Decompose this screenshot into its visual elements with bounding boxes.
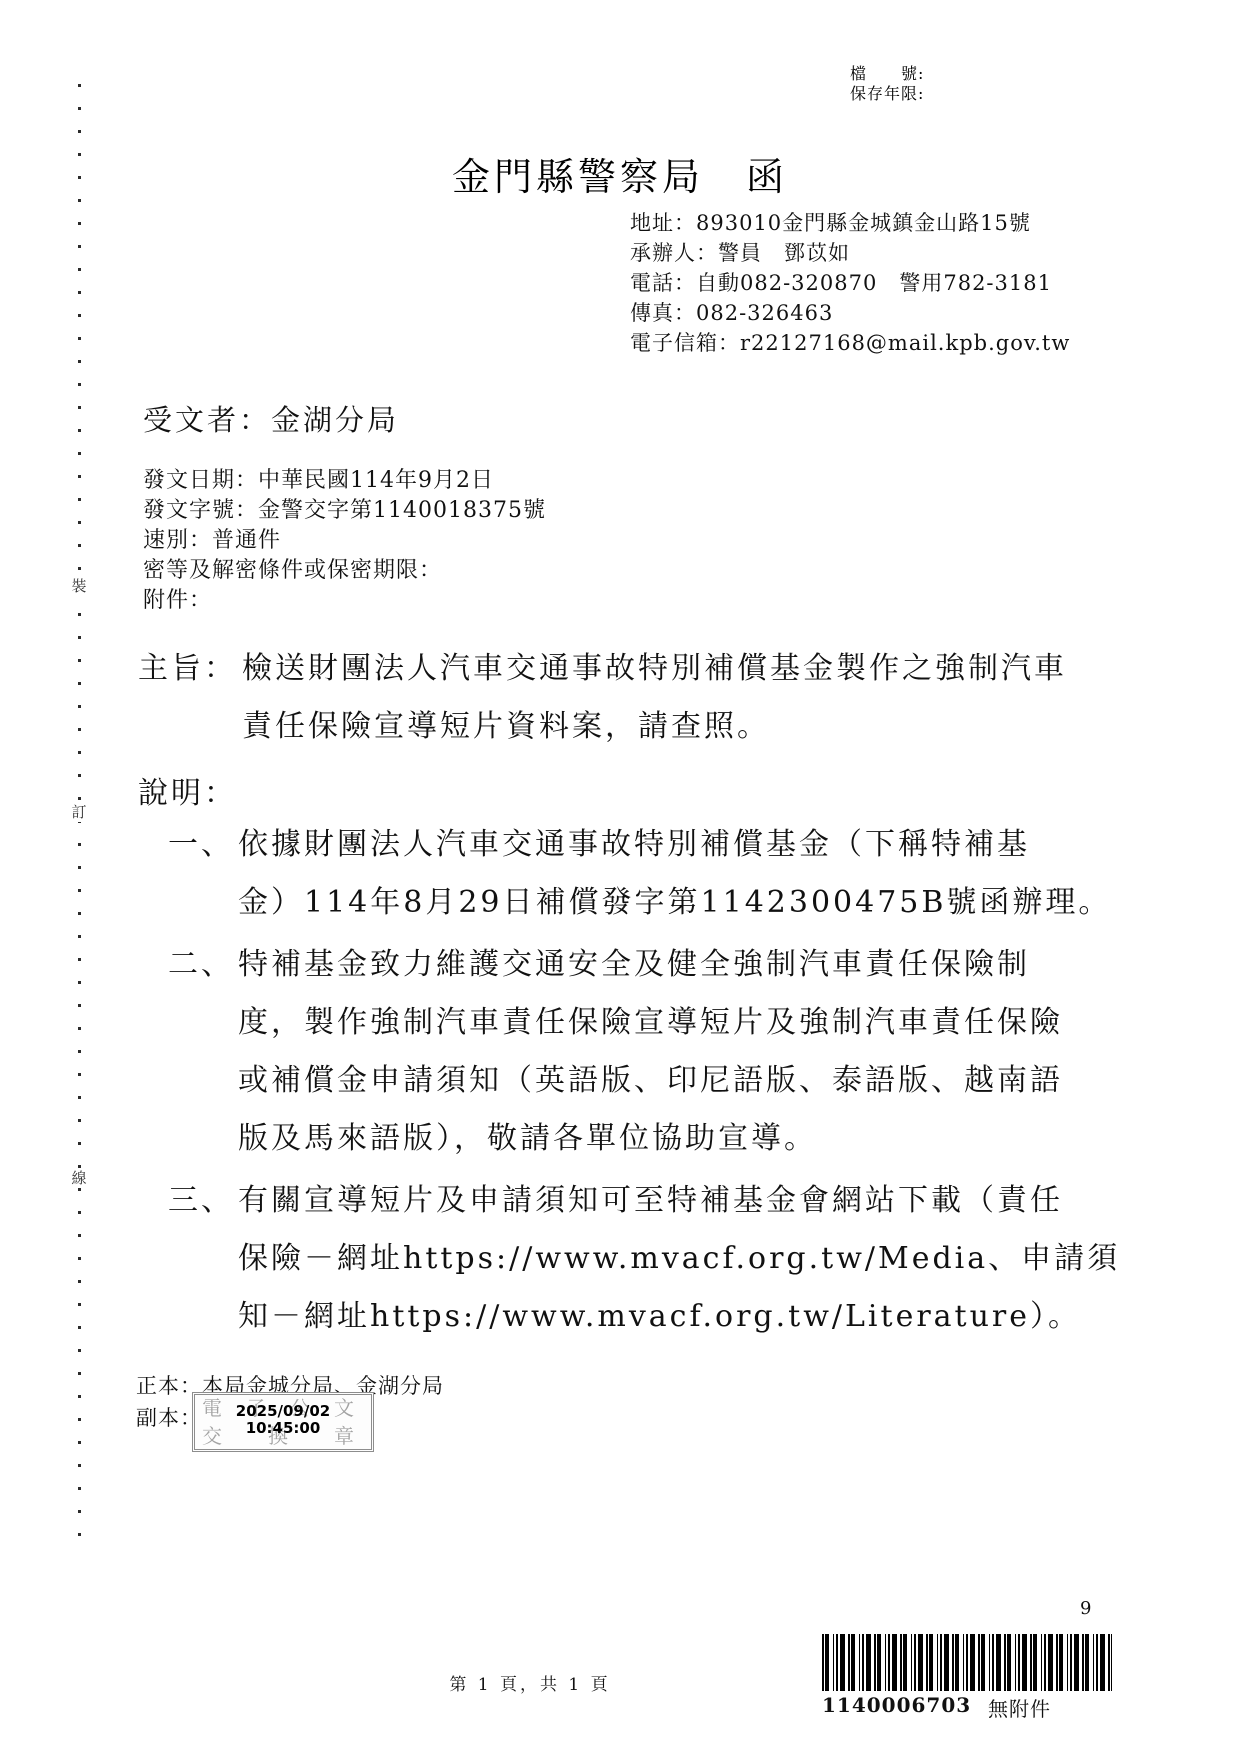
- subject-line: 責任保險宣導短片資料案，請查照。: [242, 698, 1067, 756]
- explanation-item-2: 二、 特補基金致力維護交通安全及健全強制汽車責任保險制 度，製作強制汽車責任保險…: [168, 936, 1063, 1168]
- document-title: 金門縣警察局 函: [0, 146, 1240, 201]
- explanation-item-1: 一、 依據財團法人汽車交通事故特別補償基金（下稱特補基 金）114年8月29日補…: [168, 816, 1111, 932]
- item-line: 度，製作強制汽車責任保險宣導短片及強制汽車責任保險: [238, 994, 1063, 1052]
- file-info-block: 檔 號: 保存年限:: [850, 64, 924, 104]
- item-line: 特補基金致力維護交通安全及健全強制汽車責任保險制: [238, 936, 1063, 994]
- subject-label: 主旨：: [138, 640, 242, 698]
- item-line: 有關宣導短片及申請須知可至特補基金會網站下載（責任: [238, 1172, 1120, 1230]
- priority-line: 速別：普通件: [143, 526, 546, 556]
- retention-label: 保存年限:: [850, 84, 924, 104]
- barcode: [822, 1634, 1112, 1691]
- stamp-time: 10:45:00: [195, 1420, 371, 1437]
- item-line: 知－網址https://www.mvacf.org.tw/Literature）…: [238, 1288, 1120, 1346]
- attachment-line: 附件：: [143, 586, 546, 616]
- doc-number-line: 發文字號：金警交字第1140018375號: [143, 496, 546, 526]
- contact-email: 電子信箱：r22127168@mail.kpb.gov.tw: [630, 328, 1070, 358]
- contact-address: 地址：893010金門縣金城鎮金山路15號: [630, 208, 1070, 238]
- item-content: 特補基金致力維護交通安全及健全強制汽車責任保險制 度，製作強制汽車責任保險宣導短…: [238, 936, 1063, 1168]
- item-number: 三、: [168, 1172, 238, 1230]
- binding-mark-xian: 線: [68, 1168, 90, 1188]
- security-line: 密等及解密條件或保密期限：: [143, 556, 546, 586]
- subject-block: 主旨： 檢送財團法人汽車交通事故特別補償基金製作之強制汽車 責任保險宣導短片資料…: [138, 640, 1067, 756]
- item-content: 有關宣導短片及申請須知可至特補基金會網站下載（責任 保險－網址https://w…: [238, 1172, 1120, 1346]
- item-line: 版及馬來語版），敬請各單位協助宣導。: [238, 1110, 1063, 1168]
- contact-phone: 電話：自動082-320870 警用782-3181: [630, 268, 1070, 298]
- file-number-label: 檔 號:: [850, 64, 924, 84]
- binding-mark-ding: 訂: [68, 802, 90, 822]
- meta-block: 發文日期：中華民國114年9月2日 發文字號：金警交字第1140018375號 …: [143, 466, 546, 616]
- stamp-date: 2025/09/02: [195, 1403, 371, 1420]
- recipient-line: 受文者：金湖分局: [143, 398, 399, 439]
- explanation-heading: 說明：: [138, 768, 237, 812]
- item-content: 依據財團法人汽車交通事故特別補償基金（下稱特補基 金）114年8月29日補償發字…: [238, 816, 1111, 932]
- item-line: 保險－網址https://www.mvacf.org.tw/Media、申請須: [238, 1230, 1120, 1288]
- item-number: 一、: [168, 816, 238, 874]
- barcode-number: 1140006703: [822, 1693, 971, 1717]
- item-line: 或補償金申請須知（英語版、印尼語版、泰語版、越南語: [238, 1052, 1063, 1110]
- document-page: 裝 訂 線 檔 號: 保存年限: 金門縣警察局 函 地址：893010金門縣金城…: [0, 0, 1240, 1754]
- subject-content: 檢送財團法人汽車交通事故特別補償基金製作之強制汽車 責任保險宣導短片資料案，請查…: [242, 640, 1067, 756]
- explanation-item-3: 三、 有關宣導短片及申請須知可至特補基金會網站下載（責任 保險－網址https:…: [168, 1172, 1120, 1346]
- contact-handler: 承辦人：警員 鄧苡如: [630, 238, 1070, 268]
- issue-date-line: 發文日期：中華民國114年9月2日: [143, 466, 546, 496]
- subject-line: 檢送財團法人汽車交通事故特別補償基金製作之強制汽車: [242, 640, 1067, 698]
- item-line: 金）114年8月29日補償發字第1142300475B號函辦理。: [238, 874, 1111, 932]
- corner-page-number: 9: [1080, 1598, 1091, 1619]
- stamp-datetime: 2025/09/02 10:45:00: [195, 1403, 371, 1437]
- item-line: 依據財團法人汽車交通事故特別補償基金（下稱特補基: [238, 816, 1111, 874]
- contact-block: 地址：893010金門縣金城鎮金山路15號 承辦人：警員 鄧苡如 電話：自動08…: [630, 208, 1070, 358]
- electronic-exchange-stamp: 電 子 公 文 交 換 章 2025/09/02 10:45:00: [192, 1392, 374, 1452]
- binding-mark-zhuang: 裝: [68, 576, 90, 596]
- contact-fax: 傳真：082-326463: [630, 298, 1070, 328]
- attachment-note: 無附件: [988, 1693, 1051, 1722]
- item-number: 二、: [168, 936, 238, 994]
